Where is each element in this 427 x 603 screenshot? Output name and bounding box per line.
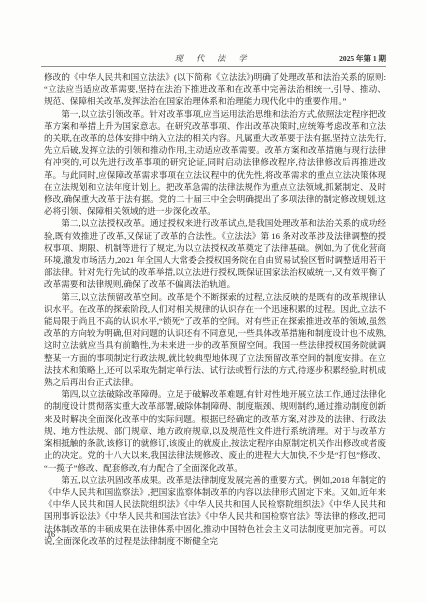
paragraph: 第三,以立法预留改革空间。改革是个不断探索的过程,立法反映的是既有的改革规律认识… (44, 291, 386, 389)
article-text: 修改的《中华人民共和国立法法》(以下简称《立法法》)明确了处理改革和法治关系的原… (44, 71, 386, 547)
journal-page: 现 代 法 学 2025 年第 1 期 修改的《中华人民共和国立法法》(以下简称… (0, 0, 427, 603)
issue-label: 2025 年第 1 期 (339, 53, 386, 64)
header-rule (41, 66, 386, 67)
paragraph: 第一,以立法引领改革。针对改革事项,应当运用法治思维和法治方式,依照法定程序把改… (44, 108, 386, 218)
page-number: 16 (47, 530, 55, 539)
paragraph: 修改的《中华人民共和国立法法》(以下简称《立法法》)明确了处理改革和法治关系的原… (44, 71, 386, 108)
paragraph: 第五,以立法巩固改革成果。改革是法律制度发展完善的重要方式。例如,2018 年制… (44, 474, 386, 547)
paragraph: 第四,以立法破除改革障碍。立足于破解改革难题,有针对性地开展立法工作,通过法律化… (44, 388, 386, 473)
paragraph: 第二,以立法授权改革。通过授权来进行改革试点,是我国处理改革和法治关系的成功经验… (44, 217, 386, 290)
running-head: 现 代 法 学 2025 年第 1 期 (41, 53, 386, 65)
journal-title: 现 代 法 学 (41, 53, 386, 64)
